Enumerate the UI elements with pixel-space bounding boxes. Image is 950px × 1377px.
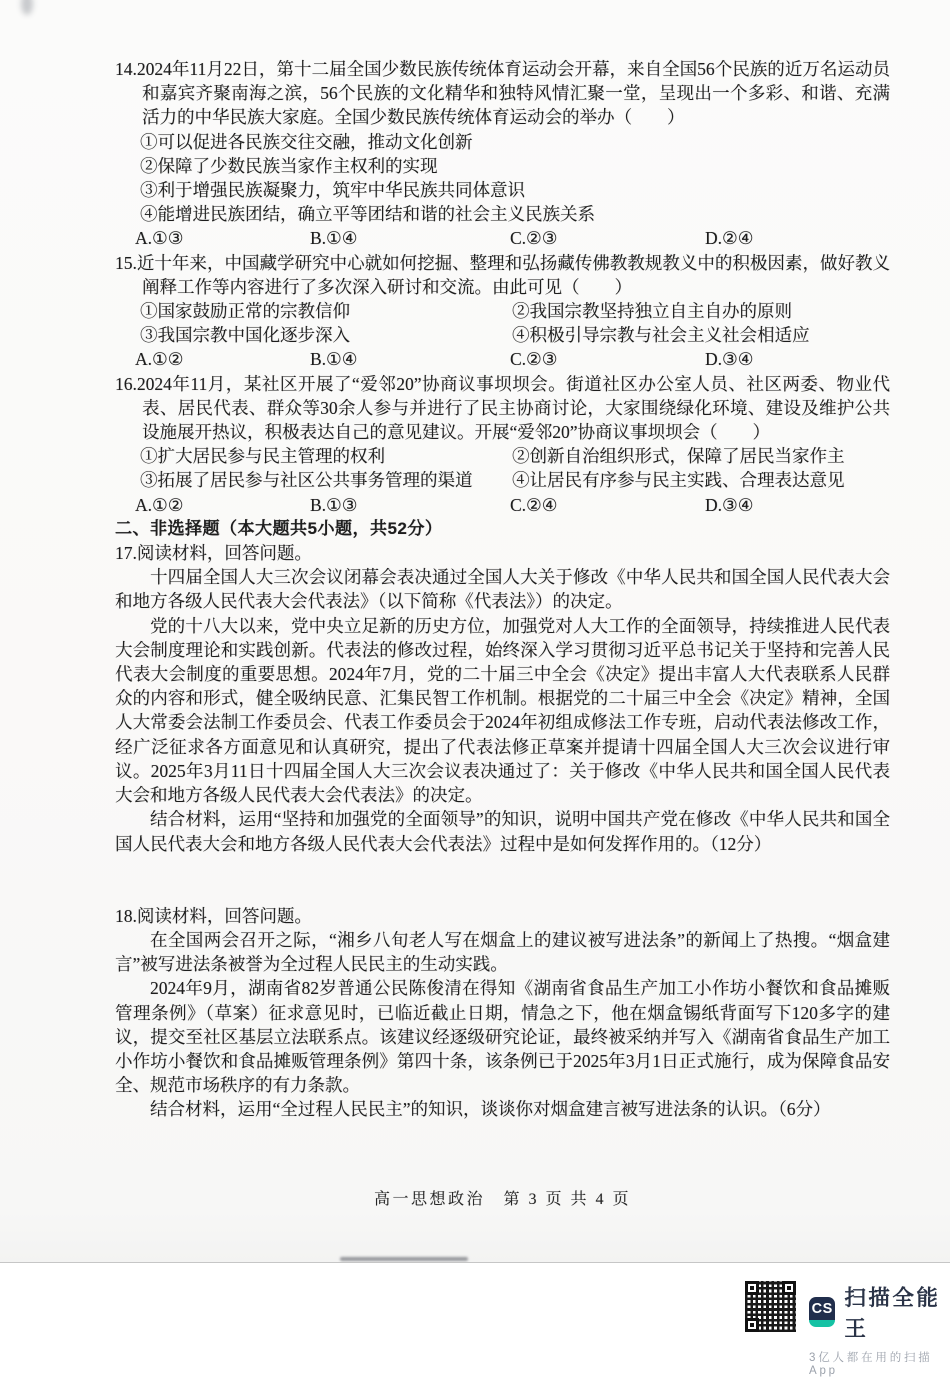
question-18-paragraph-2: 2024年9月，湖南省82岁普通公民陈俊清在得知《湖南省食品生产加工小作坊小餐饮…	[115, 976, 890, 1097]
camscanner-brand: CS 扫描全能王 3亿人都在用的扫描App	[809, 1281, 950, 1377]
question-14-options: A.①③ B.①④ C.②③ D.②④	[115, 226, 890, 250]
qr-finder-icon	[745, 1318, 759, 1332]
option-c: C.②③	[510, 226, 705, 250]
option-d: D.③④	[705, 493, 890, 517]
option-c: C.②③	[510, 347, 705, 371]
question-15-stem: 15.近十年来，中国藏学研究中心就如何挖掘、整理和弘扬藏传佛教教规教义中的积极因…	[115, 251, 890, 299]
qr-code	[745, 1281, 796, 1332]
question-15-options: A.①② B.①④ C.②③ D.③④	[115, 347, 890, 371]
question-14-item-3: ③利于增强民族凝聚力，筑牢中华民族共同体意识	[115, 178, 890, 202]
camscanner-app-name: 扫描全能王	[844, 1281, 950, 1343]
question-16-stem: 16.2024年11月，某社区开展了“爱邻20”协商议事坝坝会。街道社区办公室人…	[115, 372, 890, 445]
qr-finder-icon	[745, 1281, 759, 1295]
section-2-title: 二、非选择题（本大题共5小题，共52分）	[115, 517, 890, 541]
question-14-item-2: ②保障了少数民族当家作主权利的实现	[115, 154, 890, 178]
paper-edge-smudge	[340, 1257, 468, 1261]
question-15-item-2: ②我国宗教坚持独立自主自办的原则	[512, 299, 890, 323]
option-d: D.③④	[705, 347, 890, 371]
question-14-item-4: ④能增进民族团结，确立平等团结和谐的社会主义民族关系	[115, 202, 890, 226]
question-16-item-3: ③拓展了居民参与社区公共事务管理的渠道	[140, 468, 512, 492]
blank-answer-space	[115, 856, 890, 904]
option-a: A.①②	[135, 493, 310, 517]
exam-content: 14.2024年11月22日，第十二届全国少数民族传统体育运动会开幕，来自全国5…	[0, 0, 950, 1212]
question-17-paragraph-2: 党的十八大以来，党中央立足新的历史方位，加强党对人大工作的全面领导，持续推进人民…	[115, 614, 890, 808]
option-c: C.②④	[510, 493, 705, 517]
question-18-paragraph-1: 在全国两会召开之际，“湘乡八旬老人写在烟盒上的建议被写进法条”的新闻上了热搜。“…	[115, 928, 890, 976]
question-15: 15.近十年来，中国藏学研究中心就如何挖掘、整理和弘扬藏传佛教教规教义中的积极因…	[115, 251, 890, 372]
question-15-item-1: ①国家鼓励正常的宗教信仰	[140, 299, 512, 323]
question-16-items: ①扩大居民参与民主管理的权利 ②创新自治组织形式，保障了居民当家作主 ③拓展了居…	[115, 444, 890, 492]
question-17-task: 结合材料，运用“坚持和加强党的全面领导”的知识，说明中国共产党在修改《中华人民共…	[115, 807, 890, 855]
question-15-item-4: ④积极引导宗教与社会主义社会相适应	[512, 323, 890, 347]
page-footer: 高一思想政治 第 3 页 共 4 页	[115, 1188, 890, 1212]
question-17-paragraph-1: 十四届全国人大三次会议闭幕会表决通过全国人大关于修改《中华人民共和国全国人民代表…	[115, 565, 890, 613]
option-d: D.②④	[705, 226, 890, 250]
question-16-options: A.①② B.①③ C.②④ D.③④	[115, 493, 890, 517]
option-a: A.①②	[135, 347, 310, 371]
option-b: B.①③	[310, 493, 510, 517]
question-17: 17.阅读材料，回答问题。 十四届全国人大三次会议闭幕会表决通过全国人大关于修改…	[115, 541, 890, 856]
question-14-stem: 14.2024年11月22日，第十二届全国少数民族传统体育运动会开幕，来自全国5…	[115, 57, 890, 130]
question-15-items: ①国家鼓励正常的宗教信仰 ②我国宗教坚持独立自主自办的原则 ③我国宗教中国化逐步…	[115, 299, 890, 347]
question-15-item-3: ③我国宗教中国化逐步深入	[140, 323, 512, 347]
option-a: A.①③	[135, 226, 310, 250]
camscanner-tagline: 3亿人都在用的扫描App	[809, 1349, 950, 1377]
question-18: 18.阅读材料，回答问题。 在全国两会召开之际，“湘乡八旬老人写在烟盒上的建议被…	[115, 904, 890, 1122]
question-18-title: 18.阅读材料，回答问题。	[115, 904, 890, 928]
question-16-item-4: ④让居民有序参与民主实践、合理表达意见	[512, 468, 890, 492]
option-b: B.①④	[310, 226, 510, 250]
question-18-task: 结合材料，运用“全过程人民民主”的知识，谈谈你对烟盒建言被写进法条的认识。（6分…	[115, 1097, 890, 1121]
camscanner-logo-icon: CS	[809, 1297, 835, 1327]
question-16-item-2: ②创新自治组织形式，保障了居民当家作主	[512, 444, 890, 468]
question-16-item-1: ①扩大居民参与民主管理的权利	[140, 444, 512, 468]
question-16: 16.2024年11月，某社区开展了“爱邻20”协商议事坝坝会。街道社区办公室人…	[115, 372, 890, 517]
option-b: B.①④	[310, 347, 510, 371]
camscanner-watermark: CS 扫描全能王 3亿人都在用的扫描App	[745, 1281, 950, 1377]
qr-finder-icon	[782, 1281, 796, 1295]
question-17-title: 17.阅读材料，回答问题。	[115, 541, 890, 565]
scanned-page: 14.2024年11月22日，第十二届全国少数民族传统体育运动会开幕，来自全国5…	[0, 0, 950, 1263]
question-14: 14.2024年11月22日，第十二届全国少数民族传统体育运动会开幕，来自全国5…	[115, 57, 890, 251]
question-14-item-1: ①可以促进各民族交往交融，推动文化创新	[115, 130, 890, 154]
